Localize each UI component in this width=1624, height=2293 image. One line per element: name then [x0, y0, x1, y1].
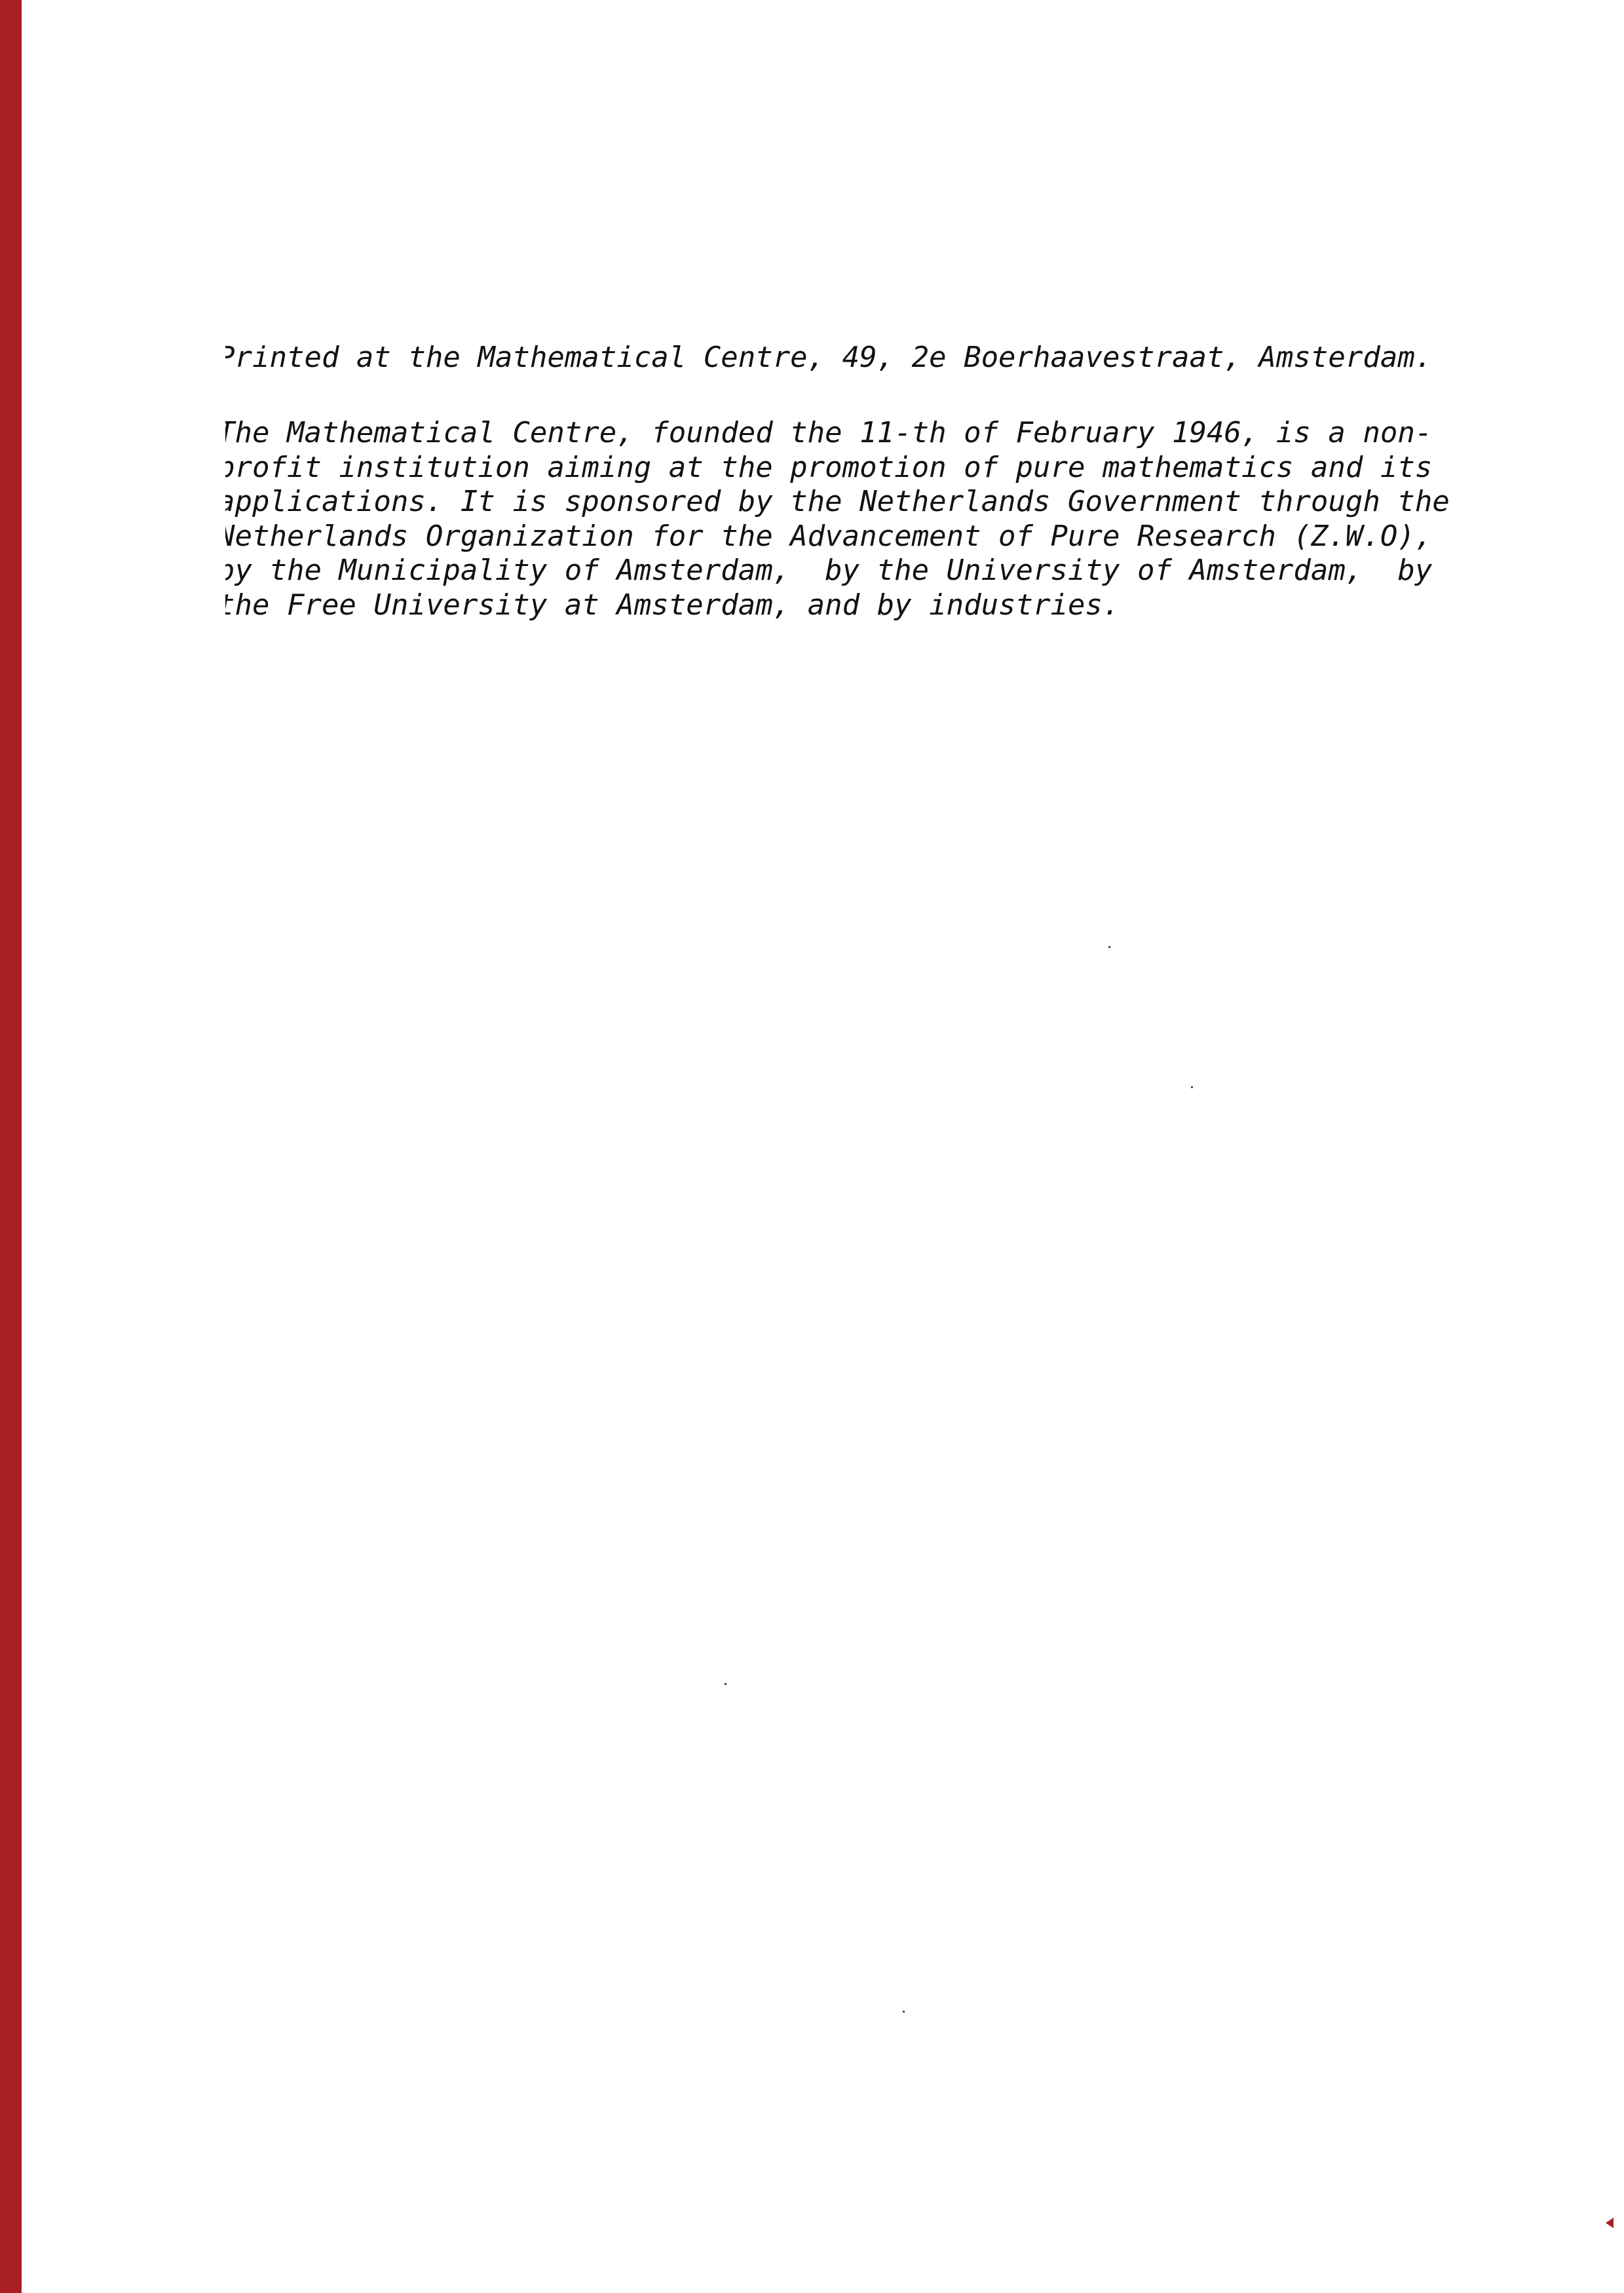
- scanned-page: Printed at the Mathematical Centre, 49, …: [0, 0, 1624, 2293]
- scan-speck: [1108, 946, 1110, 948]
- colophon-line-3: applications. It is sponsored by the Net…: [225, 485, 1470, 520]
- scan-speck: [1191, 1086, 1193, 1088]
- imprint-line: Printed at the Mathematical Centre, 49, …: [225, 341, 1470, 375]
- colophon-line-6: the Free University at Amsterdam, and by…: [225, 588, 1470, 623]
- colophon-line-5: by the Municipality of Amsterdam, by the…: [225, 554, 1470, 588]
- colophon-line-4: Netherlands Organization for the Advance…: [225, 520, 1470, 554]
- scan-speck: [903, 2011, 905, 2013]
- imprint-block: Printed at the Mathematical Centre, 49, …: [225, 341, 1470, 375]
- colophon-paragraph: The Mathematical Centre, founded the 11-…: [225, 416, 1470, 622]
- scan-edge-red-strip: [0, 0, 22, 2293]
- red-corner-mark: [1606, 2218, 1614, 2228]
- colophon-line-1: The Mathematical Centre, founded the 11-…: [225, 416, 1470, 451]
- scan-speck: [725, 1683, 727, 1685]
- colophon-line-2: profit institution aiming at the promoti…: [225, 451, 1470, 485]
